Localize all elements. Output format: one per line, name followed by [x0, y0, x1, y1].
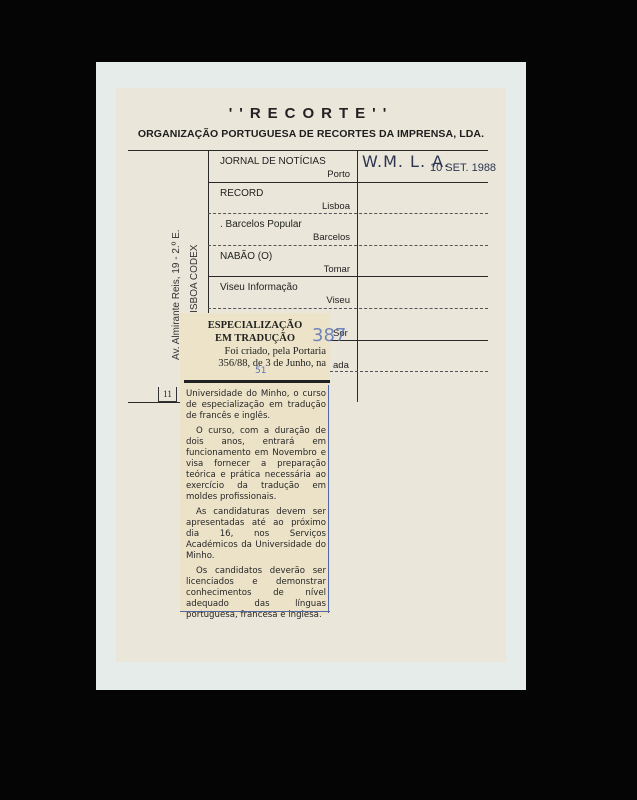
bottom-rule: [128, 402, 188, 403]
clipping-paragraph: Universidade do Minho, o curso de especi…: [186, 389, 326, 422]
publication-name: NABÃO (O): [220, 251, 272, 262]
publication-city: Barcelos: [313, 232, 350, 243]
publication-city: Porto: [327, 169, 350, 180]
partially-hidden-city: ada: [333, 360, 349, 371]
headline-line-1: ESPECIALIZAÇÃO: [180, 319, 330, 332]
publication-row: . Barcelos Popular Barcelos: [214, 214, 354, 245]
publication-row: RECORD Lisboa: [214, 183, 354, 214]
clipping-blue-pencil-bottom: [180, 611, 330, 612]
box-number: 11: [158, 387, 177, 402]
row-separator: [208, 308, 488, 309]
publication-name: RECORD: [220, 188, 263, 199]
publication-name: . Barcelos Popular: [220, 219, 302, 230]
date-stamp: 10 SET. 1988: [430, 162, 496, 174]
row-separator: [330, 340, 488, 341]
form-title: ''RECORTE'': [116, 105, 506, 122]
handwritten-reference-number: 387: [312, 325, 346, 346]
form-subtitle: ORGANIZAÇÃO PORTUGUESA DE RECORTES DA IM…: [116, 128, 506, 140]
newspaper-clipping: ESPECIALIZAÇÃO EM TRADUÇÃO Foi criado, p…: [180, 313, 330, 615]
clipping-paragraph: Os candidatos deverão ser licenciados e …: [186, 566, 326, 621]
clipping-blue-pencil-right: [328, 385, 329, 613]
lead-line-1: Foi criado, pela Portaria: [184, 346, 326, 358]
publication-city: Viseu: [326, 295, 350, 306]
clipping-column-rule: [184, 380, 330, 383]
clipping-body: Universidade do Minho, o curso de especi…: [186, 389, 326, 625]
clipping-paragraph: O curso, com a duração de dois anos, ent…: [186, 426, 326, 503]
publication-city: Lisboa: [322, 201, 350, 212]
publication-name: JORNAL DE NOTÍCIAS: [220, 156, 326, 167]
publication-city: Tomar: [324, 264, 350, 275]
row-separator: [330, 371, 488, 372]
clipping-paragraph: As candidaturas devem ser apresentadas a…: [186, 507, 326, 562]
publication-row: JORNAL DE NOTÍCIAS Porto: [214, 151, 354, 182]
publication-row: NABÃO (O) Tomar: [214, 246, 354, 277]
publication-name: Viseu Informação: [220, 282, 298, 293]
headline-line-2: EM TRADUÇÃO: [180, 332, 330, 345]
publication-row: Viseu Informação Viseu: [214, 277, 354, 308]
handwritten-small-mark: 51: [255, 366, 266, 376]
clipping-headline: ESPECIALIZAÇÃO EM TRADUÇÃO: [180, 319, 330, 345]
